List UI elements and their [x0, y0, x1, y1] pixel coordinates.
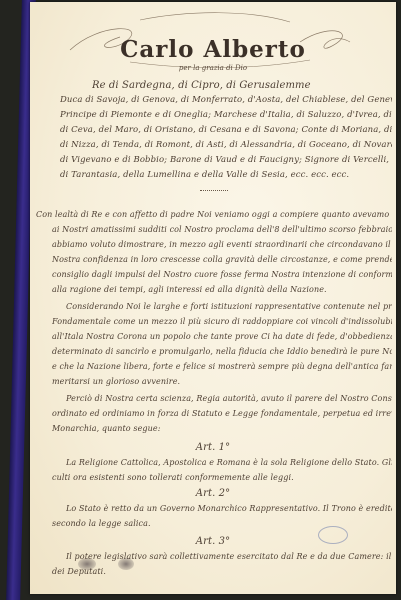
preamble-line: e che la Nazione libera, forte e felice …: [52, 362, 392, 371]
royal-title-line: Duca di Savoja, di Genova, di Monferrato…: [60, 95, 392, 105]
article-line: Lo Stato è retto da un Governo Monarchic…: [66, 504, 392, 513]
preamble-line: Fondamentale come un mezzo il più sicuro…: [52, 317, 392, 326]
article-heading: Art. 3°: [30, 536, 396, 547]
preamble-line: Perciò di Nostra certa scienza, Regia au…: [66, 394, 392, 403]
preamble-line: all'Itala Nostra Corona un popolo che ta…: [52, 332, 392, 341]
article-heading: Art. 2°: [30, 488, 396, 499]
article-line: culti ora esistenti sono tollerati confo…: [52, 473, 392, 482]
document-subtitle: per la grazia di Dio: [30, 64, 396, 72]
manuscript-page: Carlo Alberto per la grazia di Dio Re di…: [30, 2, 396, 594]
preamble-line: Monarchia, quanto segue:: [52, 424, 392, 433]
royal-title-line: di Vigevano e di Bobbio; Barone di Vaud …: [60, 155, 392, 165]
article-heading: Art. 1°: [30, 442, 396, 453]
preamble-line: Nostra confidenza in loro crescesse coll…: [52, 255, 392, 264]
preamble-line: determinato di sancirlo e promulgarlo, n…: [52, 347, 392, 356]
ink-smudge: [78, 558, 96, 570]
ink-smudge: [118, 558, 134, 570]
royal-title-line: di Ceva, del Maro, di Oristano, di Cesan…: [60, 125, 392, 135]
preamble-line: Con lealtà di Re e con affetto di padre …: [36, 210, 392, 219]
royal-title-line: Re di Sardegna, di Cipro, di Gerusalemme: [92, 80, 311, 91]
article-line: dei Deputati.: [52, 567, 392, 576]
preamble-line: consiglio dagli impulsi del Nostro cuore…: [52, 270, 392, 279]
article-line: Il potere legislativo sarà collettivamen…: [66, 552, 392, 561]
divider: [200, 190, 228, 191]
preamble-line: abbiamo voluto dimostrare, in mezzo agli…: [52, 240, 392, 249]
royal-title-line: di Nizza, di Tenda, di Romont, di Asti, …: [60, 140, 392, 150]
royal-title-line: di Tarantasia, della Lumellina e della V…: [60, 170, 392, 180]
royal-title-line: Principe di Piemonte e di Oneglia; March…: [60, 110, 392, 120]
preamble-line: meritarsi un glorioso avvenire.: [52, 377, 392, 386]
preamble-line: Considerando Noi le larghe e forti istit…: [66, 302, 392, 311]
document-title: Carlo Alberto: [30, 36, 396, 63]
preamble-line: alla ragione dei tempi, agli interessi e…: [52, 285, 392, 294]
preamble-line: ordinato ed ordiniamo in forza di Statut…: [52, 409, 392, 418]
article-line: La Religione Cattolica, Apostolica e Rom…: [66, 458, 392, 467]
preamble-line: ai Nostri amatissimi sudditi col Nostro …: [52, 225, 392, 234]
